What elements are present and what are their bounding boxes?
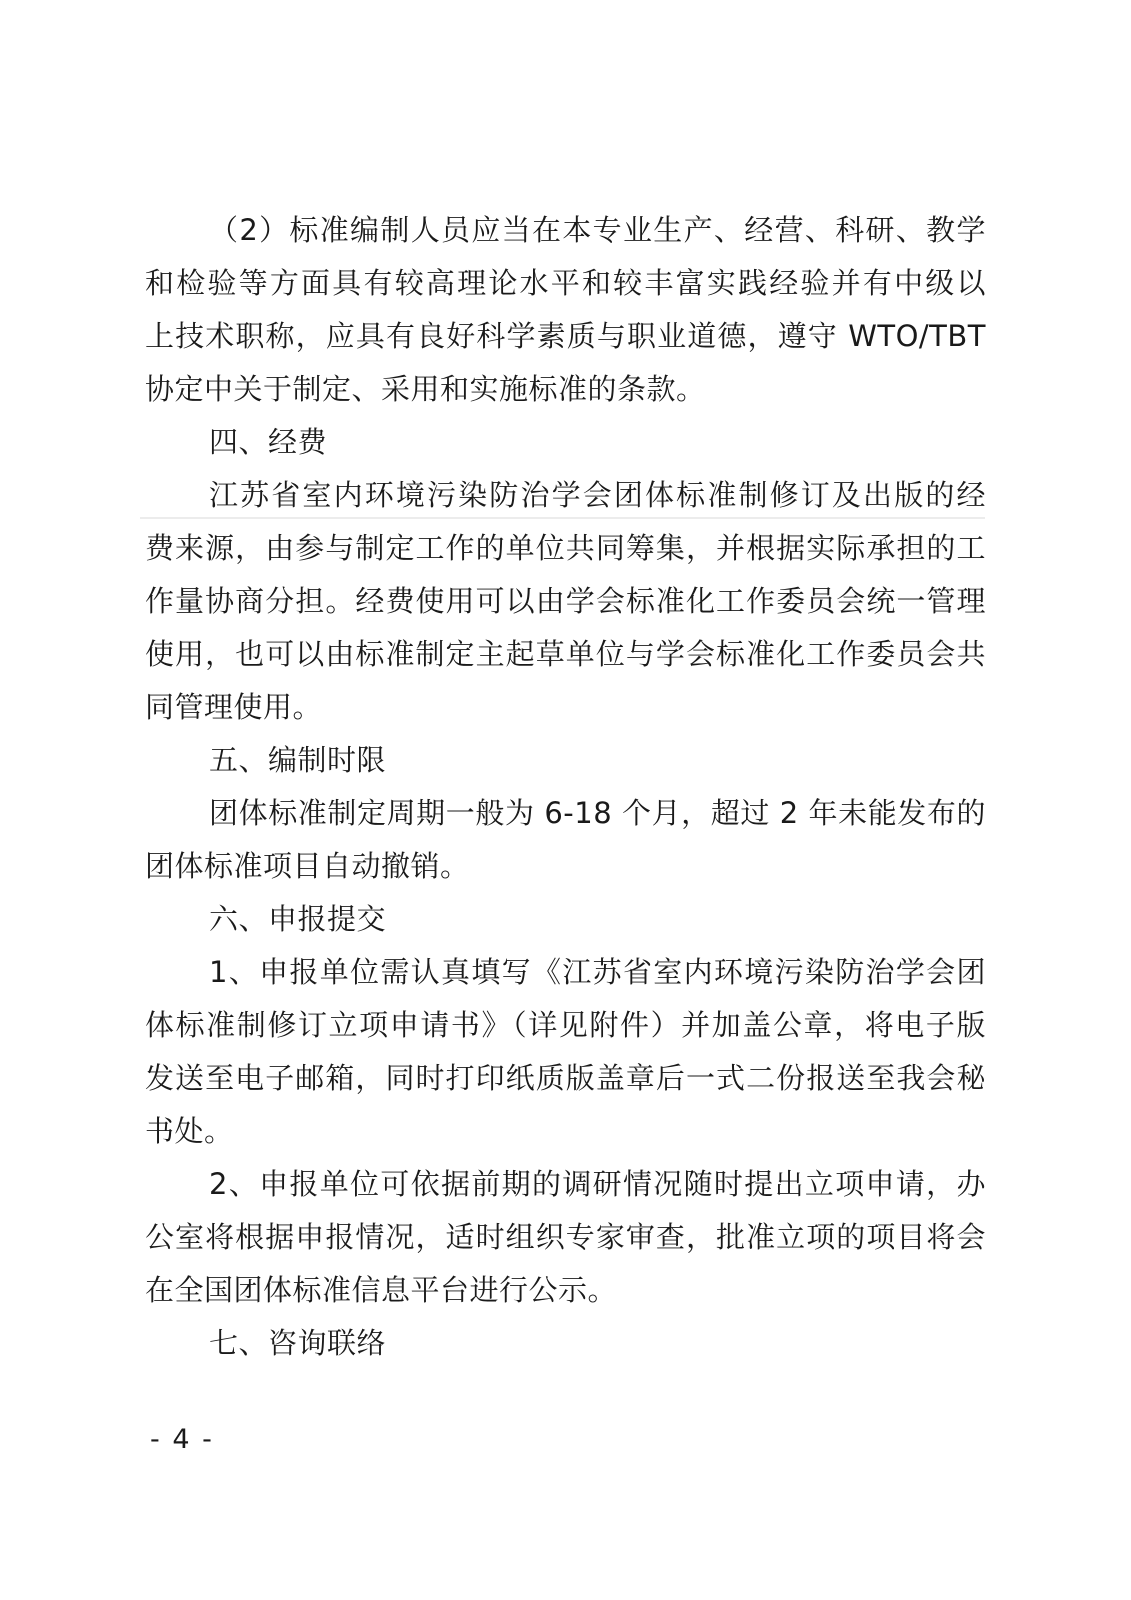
- body-line: 团体标准制定周期一般为 6-18 个月，超过 2 年未能发布的: [145, 787, 986, 840]
- body-line: 上技术职称，应具有良好科学素质与职业道德，遵守 WTO/TBT: [145, 310, 986, 363]
- body-line: 作量协商分担。经费使用可以由学会标准化工作委员会统一管理: [145, 575, 986, 628]
- document-body: （2）标准编制人员应当在本专业生产、经营、科研、教学 和检验等方面具有较高理论水…: [145, 204, 986, 1370]
- heading-line: 五、编制时限: [145, 734, 986, 787]
- body-line: 1、申报单位需认真填写《江苏省室内环境污染防治学会团: [145, 946, 986, 999]
- body-line: 协定中关于制定、采用和实施标准的条款。: [145, 363, 986, 416]
- body-line: 团体标准项目自动撤销。: [145, 840, 986, 893]
- body-line: 费来源，由参与制定工作的单位共同筹集，并根据实际承担的工: [145, 522, 986, 575]
- body-line: 同管理使用。: [145, 681, 986, 734]
- document-page: （2）标准编制人员应当在本专业生产、经营、科研、教学 和检验等方面具有较高理论水…: [0, 0, 1131, 1600]
- body-line: 体标准制修订立项申请书》（详见附件）并加盖公章，将电子版: [145, 999, 986, 1052]
- page-footer: - 4 -: [150, 1424, 214, 1455]
- heading-line: 六、申报提交: [145, 893, 986, 946]
- body-line: 公室将根据申报情况，适时组织专家审查，批准立项的项目将会: [145, 1211, 986, 1264]
- heading-line: 四、经费: [145, 416, 986, 469]
- body-line: 2、申报单位可依据前期的调研情况随时提出立项申请，办: [145, 1158, 986, 1211]
- body-line: 书处。: [145, 1105, 986, 1158]
- body-line: 和检验等方面具有较高理论水平和较丰富实践经验并有中级以: [145, 257, 986, 310]
- body-line: 使用，也可以由标准制定主起草单位与学会标准化工作委员会共: [145, 628, 986, 681]
- body-line: 发送至电子邮箱，同时打印纸质版盖章后一式二份报送至我会秘: [145, 1052, 986, 1105]
- body-line: 江苏省室内环境污染防治学会团体标准制修订及出版的经: [145, 469, 986, 522]
- body-line: （2）标准编制人员应当在本专业生产、经营、科研、教学: [145, 204, 986, 257]
- body-line: 在全国团体标准信息平台进行公示。: [145, 1264, 986, 1317]
- page-number: - 4 -: [150, 1424, 214, 1455]
- heading-line: 七、咨询联络: [145, 1317, 986, 1370]
